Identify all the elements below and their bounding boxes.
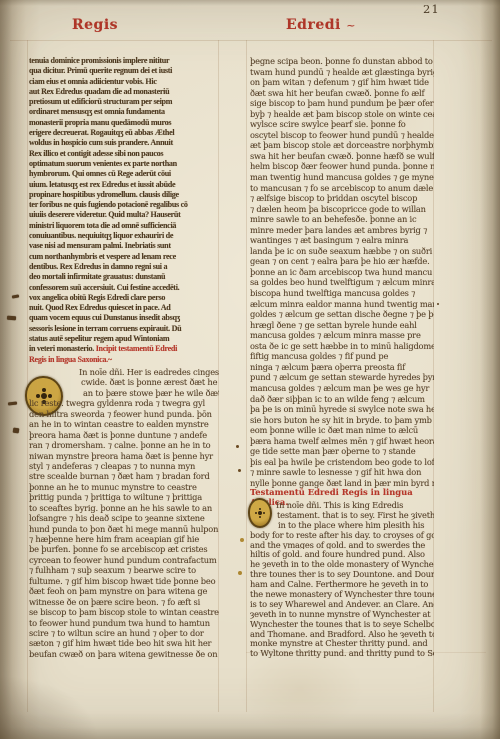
ink-spot (437, 303, 439, 305)
text-line: Wynchester the tounes that is to seye Sc… (250, 619, 434, 629)
text-line: þæra hama twelf ælmes mēn ⁊ gif hwæt heo… (250, 436, 434, 447)
text-line: body for to reste after his day. to croy… (250, 530, 434, 540)
text-line: helm biscop ðær feower hund punda. þonne… (250, 161, 434, 172)
text-line: dentibus. Rex Edredus in damno regni sui… (29, 262, 219, 272)
text-line: minre meder þara landes æt ambres byrig … (250, 225, 434, 236)
text-line: pretiosum ut edificiorū structuram per s… (29, 97, 219, 107)
text-line: ninga ⁊ ælcum þæra oþerra preosta fif (250, 362, 434, 373)
text-line: goldes ⁊ ælcum ge settan dische ðegne ⁊ … (250, 309, 434, 320)
text-line: to feower hund pundum twa hund to hamtun (29, 618, 219, 628)
text-line: fiftig mancusa goldes ⁊ fif pund pe (250, 351, 434, 362)
text-line: þegne scipa beon. þonne fo dunstan abbod… (250, 56, 434, 67)
text-line: hymbrorum. Qui omnes cū Rege aderūt cōui (29, 169, 219, 179)
text-line: oscytel biscop to feower hund pundū ⁊ he… (250, 130, 434, 141)
text-line: ran ⁊ dromersham. ⁊ calne. þonne an he i… (29, 440, 219, 450)
running-header-left: Regis (53, 17, 137, 33)
old-english-paragraph-continued: þegne scipa beon. þonne fo dunstan abbod… (250, 56, 434, 488)
latin-paragraph: tenuia dominice promissionis implere nit… (29, 56, 219, 344)
text-line: hund punda to þon ðæt hi mege mannū hulp… (29, 524, 219, 534)
text-line: ge tide sette man þær oþerne to ⁊ stande (250, 446, 434, 457)
red-flourish: ~ (346, 19, 356, 32)
text-line: twam hund pundū ⁊ healde æt glæstinga by… (250, 67, 434, 78)
rubric-incipit-saxonica-part2: Regis in lingua Saxonica.~ (29, 355, 219, 365)
text-line: tenuia dominice promissionis implere nit… (29, 56, 219, 66)
gold-fleck (240, 538, 244, 542)
text-line: stre scealde burnan ⁊ ðæt ham ⁊ bradan f… (29, 471, 219, 481)
text-line: nuit. Quod Rex Edredus quiescet in pace.… (29, 303, 219, 313)
text-line: mancusa goldes ⁊ ælcum minra masse pre (250, 330, 434, 341)
ink-spot (238, 469, 241, 472)
text-line: man twentig hund mancusa goldes ⁊ ge myn… (250, 172, 434, 183)
text-line: confessorem suū accersiuit. Cui festine … (29, 283, 219, 293)
text-line: ðæt feoh on þam mynstre on þara witena g… (29, 586, 219, 596)
text-line: monasterii propria manu quedāmodū muros (29, 118, 219, 128)
text-line: styl ⁊ andeferas ⁊ cleapas ⁊ to nunna my… (29, 461, 219, 471)
text-line: to Wyltone thritty pund. and thritty pun… (250, 648, 434, 658)
text-line: ⁊ hæþenne here him fram aceapian gif hie (29, 534, 219, 544)
running-header-right: Edredi ~ (279, 17, 363, 33)
text-line: byþ ⁊ healde æt þam biscop stole on wint… (250, 109, 434, 120)
text-line: quam vocem equus cui Dunstanus insedit a… (29, 313, 219, 323)
text-line: sessoris lesione in terram corruens expi… (29, 324, 219, 334)
text-line: cwide. ðæt is þonne ærest ðæt he (29, 377, 219, 387)
gold-fleck (238, 571, 242, 575)
text-line: minre sawle to an behefesðe. þonne an ic (250, 214, 434, 225)
left-column-old-english-text: In noīe dñi. Her is eadredes cingescwide… (29, 367, 219, 659)
ruling-line-vertical-left (27, 40, 28, 712)
text-line: se biscop to þam biscop stole to wintan … (29, 607, 219, 617)
text-line: the newe monastery of Wynchester thre to… (250, 589, 434, 599)
old-english-paragraph: In noīe dñi. Her is eadredes cingescwide… (29, 367, 219, 659)
text-line: witnesse ðe on þære scire beon. ⁊ fo æft… (29, 597, 219, 607)
text-line: osta ðe ic ge sett hæbbe in to minū hali… (250, 341, 434, 352)
text-line: In noīe dñi. Her is eadredes cinges (29, 367, 219, 377)
text-line: dað ðær siþþan ic to an wilde feng ⁊ ælc… (250, 394, 434, 405)
text-line: an he in to wintan ceastre to ealden myn… (29, 419, 219, 429)
text-line: ⁊ fulhham ⁊ suþ seaxum ⁊ bearwe scire to (29, 565, 219, 575)
text-line: niwan mynstre þreora hama ðæt is þenne h… (29, 451, 219, 461)
text-line: gean ⁊ on cent ⁊ ealra þara þe hio ær hæ… (250, 256, 434, 267)
text-line: lic reste. twegra gyldenra roda ⁊ twegra… (29, 398, 219, 408)
running-header-right-text: Edredi (286, 17, 341, 33)
text-line: propinare hospitibus ydromellum. clausis… (29, 190, 219, 200)
text-line: sige biscop to þam hund pundum þe þær of… (250, 98, 434, 109)
text-line: aut Rex Edredus quadam die ad monasteriū (29, 87, 219, 97)
text-line: landa þe ic on suðe seaxum hæbbe ⁊ on su… (250, 246, 434, 257)
text-line: hrægl ðene ⁊ ge settan byrele hunde eahl (250, 320, 434, 331)
text-line: vox angelica obitū Regis Edredi clare pe… (29, 293, 219, 303)
text-line: ham and Calne. Ferthermore he ȝeveth in … (250, 579, 434, 589)
text-line: wylsce scire swylce þearf sie. þonne fo (250, 119, 434, 130)
text-line: ciam eius et omnia adiicientur vobis. Hi… (29, 77, 219, 87)
text-line: erigere decreuerat. Rogauitqʒ eū abbas Æ… (29, 128, 219, 138)
text-line: in to the place where him plesith his (250, 520, 434, 530)
text-line: þa þe is on minū hyrede si swylce note s… (250, 404, 434, 415)
text-line: he ȝeveth in to the olde monastery of Wy… (250, 559, 434, 569)
folio-number: 21 (423, 2, 440, 16)
text-line: wantinges ⁊ æt basingum ⁊ ealra minra (250, 235, 434, 246)
ruling-line-vertical-gutter-2 (246, 40, 247, 712)
text-line: an to þære stowe þær he wile ðæt hys (29, 388, 219, 398)
text-line: þrittig punda ⁊ þrittiga to wiltune ⁊ þr… (29, 492, 219, 502)
ruling-line-horizontal-top (10, 40, 492, 41)
text-line: ministri liquorem tota die ad omnē suffi… (29, 221, 219, 231)
text-line: fultume. ⁊ gif him biscop hwæt tide þonn… (29, 576, 219, 586)
text-line: is to sey Wharewel and Andever. an Clare… (250, 599, 434, 609)
text-line: cum northanhymbris et vespere ad lenam r… (29, 252, 219, 262)
text-line: beufan cwæð on þara witena gewitnesse ðe… (29, 649, 219, 659)
text-line: sæton ⁊ gif him hwæt tide beo hit swa hi… (29, 638, 219, 648)
text-line: vase nisi ad mensuram palmi. Inebriatis … (29, 241, 219, 251)
text-line: den hiltra sweorda ⁊ feower hund punda. … (29, 409, 219, 419)
text-line: ordinaret mensusqʒ est omnia fundamenta (29, 107, 219, 117)
text-line: ter foribus ne quis fugiendo potacionē r… (29, 200, 219, 210)
text-line: mancusa goldes ⁊ ælcum man þe wes ge hyr (250, 383, 434, 394)
text-line: on þam witan ⁊ defenum ⁊ gif him hwæt ti… (250, 77, 434, 88)
margin-nota-mark (8, 402, 17, 406)
text-line: pund ⁊ ælcum ge settan stewarde hyredes … (250, 372, 434, 383)
text-line: hiltis of gold. and foure hundred pund. … (250, 549, 434, 559)
text-line: ⁊ dælen heom þa biscopricce gode to will… (250, 204, 434, 215)
text-line: biscopa hund twelftiga mancusa goldes ⁊ (250, 288, 434, 299)
text-line: lofsangre ⁊ his deað scipe to ȝeanne six… (29, 513, 219, 523)
text-line: þis eal þa hwile þe cristendom beo gode … (250, 457, 434, 468)
text-line: optimatum suorum venientes ex parte nort… (29, 159, 219, 169)
text-line: scire ⁊ to wiltun scire an hund ⁊ oþer t… (29, 628, 219, 638)
text-line: ælcum minra ealdor manna hund twentig ma… (250, 299, 434, 310)
text-line: uium. letatusqʒ est rex Edredus et iussi… (29, 180, 219, 190)
text-line: cyrcean to feower hund pundum contrafact… (29, 555, 219, 565)
right-column-old-english-text: þegne scipa beon. þonne fo dunstan abbod… (250, 56, 434, 488)
text-line: eom þonne wille ic ðæt man nime to ælcū (250, 425, 434, 436)
margin-nota-mark (12, 294, 19, 298)
text-line: and the ymages of gold. and to swerdes t… (250, 540, 434, 550)
ink-spot (236, 445, 239, 448)
margin-nota-mark (13, 428, 20, 434)
text-line: Rex illico et contigit adesse sibi non p… (29, 149, 219, 159)
latin-explicit: in veteri monasterio. (29, 344, 94, 353)
rubric-incipit-saxonica-part1: Incipit testamentū Edredi (96, 344, 177, 353)
text-line: to sceaftes byrig. þonne an he his sawle… (29, 503, 219, 513)
text-line: monke mynstre at Chester thritty pund. a… (250, 638, 434, 648)
margin-nota-mark (7, 316, 16, 321)
text-line: testament. that is to sey. First he ȝive… (250, 510, 434, 520)
text-line: sie hors buton he sy hit in bryde. to þa… (250, 415, 434, 426)
middle-english-paragraph: In noīe dñi. This is king Edredistestame… (250, 500, 434, 658)
text-line: ⁊ minre sawle to lesnesse ⁊ gif hit hwa … (250, 467, 434, 478)
text-line: deo mortali infirmitate grauatus: dunsta… (29, 272, 219, 282)
text-line: ⁊ ælfsige biscop to þriddan oscytel bisc… (250, 193, 434, 204)
text-line: swa hit her beufan cwæð. þonne hæfð se w… (250, 151, 434, 162)
text-line: uiuiis deserere videretur. Quid multa? H… (29, 210, 219, 220)
text-line: and Thomane. and Bradford. Also he ȝevet… (250, 629, 434, 639)
text-line: In noīe dñi. This is king Edredis (250, 500, 434, 510)
text-line: to mancusan ⁊ fo se arcebiscop to anum d… (250, 183, 434, 194)
left-column-latin-text: tenuia dominice promissionis implere nit… (29, 56, 219, 365)
text-line: woldus in hospicio cum suis prandere. An… (29, 138, 219, 148)
text-line: sa goldes beo hund twelftigum ⁊ ælcum mi… (250, 277, 434, 288)
text-line: þreora hama ðæt is þonne duntune ⁊ andef… (29, 430, 219, 440)
manuscript-page: 21 Regis Edredi ~ tenuia dominice promis… (0, 0, 500, 739)
latin-explicit-and-rubric-line: in veteri monasterio. Incipit testamentū… (29, 344, 219, 354)
text-line: þonne an he to munuc mynstre to ceastre (29, 482, 219, 492)
text-line: conuiuantibus. nequiuitqʒ liquor exhauri… (29, 231, 219, 241)
text-line: æt þam biscop stole æt dorceastre norþhy… (250, 140, 434, 151)
text-line: be þurfen. þonne fo se arcebiscop æt cri… (29, 544, 219, 554)
text-line: qua dicitur. Primū querite regnum dei et… (29, 66, 219, 76)
text-line: ðæt swa hit her beufan cwæð. þonne fo æl… (250, 88, 434, 99)
text-line: ȝeveth in to nunne mynstre of Wynchester… (250, 609, 434, 619)
right-column-middle-english-text: In noīe dñi. This is king Edredistestame… (250, 500, 434, 658)
text-line: status autē sepelitur regem apud Wintoni… (29, 334, 219, 344)
text-line: þonne an ic ðam arcebiscop twa hund manc… (250, 267, 434, 278)
text-line: thre tounes ther is to sey Dountone. and… (250, 569, 434, 579)
